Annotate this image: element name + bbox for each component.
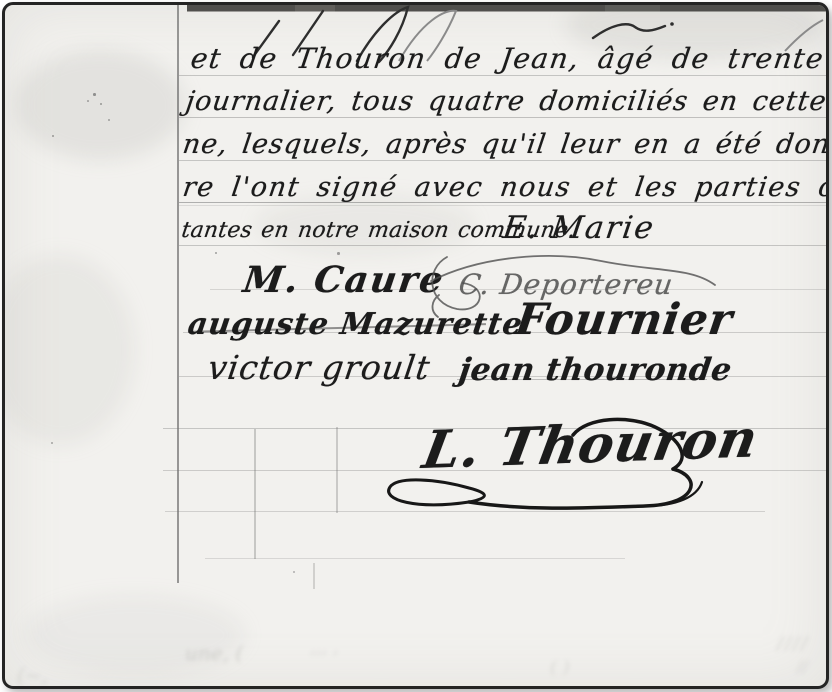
ink-speck <box>337 252 340 255</box>
paper-smudge <box>15 50 185 160</box>
scanned-document-page: et de Thouron de Jean, âgé de trente ans… <box>2 2 829 689</box>
signature-fournier: Fournier <box>513 299 735 342</box>
clerk-mention: E. Marie <box>501 213 657 244</box>
ruled-line <box>205 558 625 559</box>
body-line-3: ne, lesquels, après qu'il leur en a été … <box>181 131 829 158</box>
ink-speck <box>52 135 54 137</box>
ink-speck <box>87 100 89 102</box>
signature-caure: M. Caure <box>241 262 447 298</box>
signature-thouronde: jean thouronde <box>457 355 734 386</box>
signature-mazurette: auguste Mazurette <box>186 310 525 340</box>
ruled-line <box>179 75 829 76</box>
paper-smudge <box>2 255 135 445</box>
ink-speck <box>215 252 217 254</box>
ink-speck <box>108 119 110 121</box>
ghost-showthrough-curl: ( ) <box>550 657 570 678</box>
ghost-slash-marks: //// <box>777 633 809 654</box>
ink-speck <box>93 93 96 96</box>
ink-speck <box>293 571 295 573</box>
body-line-1: et de Thouron de Jean, âgé de trente ans… <box>189 45 829 73</box>
ruled-line <box>179 160 829 161</box>
signature-thouron-main: L. Thouron <box>419 413 762 477</box>
ruled-line <box>179 117 829 118</box>
pencil-grid-vertical <box>313 563 315 589</box>
body-line-4: re l'ont signé avec nous et les parties … <box>181 174 829 201</box>
ink-speck <box>51 442 53 444</box>
ghost-showthrough-text: une, ( <box>185 641 243 665</box>
ghost-bottom-left-curl: (~, <box>17 663 48 687</box>
pencil-grid-vertical <box>254 429 256 559</box>
body-line-2: journalier, tous quatre domiciliés en ce… <box>184 88 829 115</box>
signature-groult: victor groult <box>206 351 433 384</box>
ghost-slash-marks: // <box>797 657 808 676</box>
margin-rule-line <box>177 5 179 583</box>
ghost-showthrough-marks: ,,, , <box>310 637 339 658</box>
ink-speck <box>100 103 102 105</box>
